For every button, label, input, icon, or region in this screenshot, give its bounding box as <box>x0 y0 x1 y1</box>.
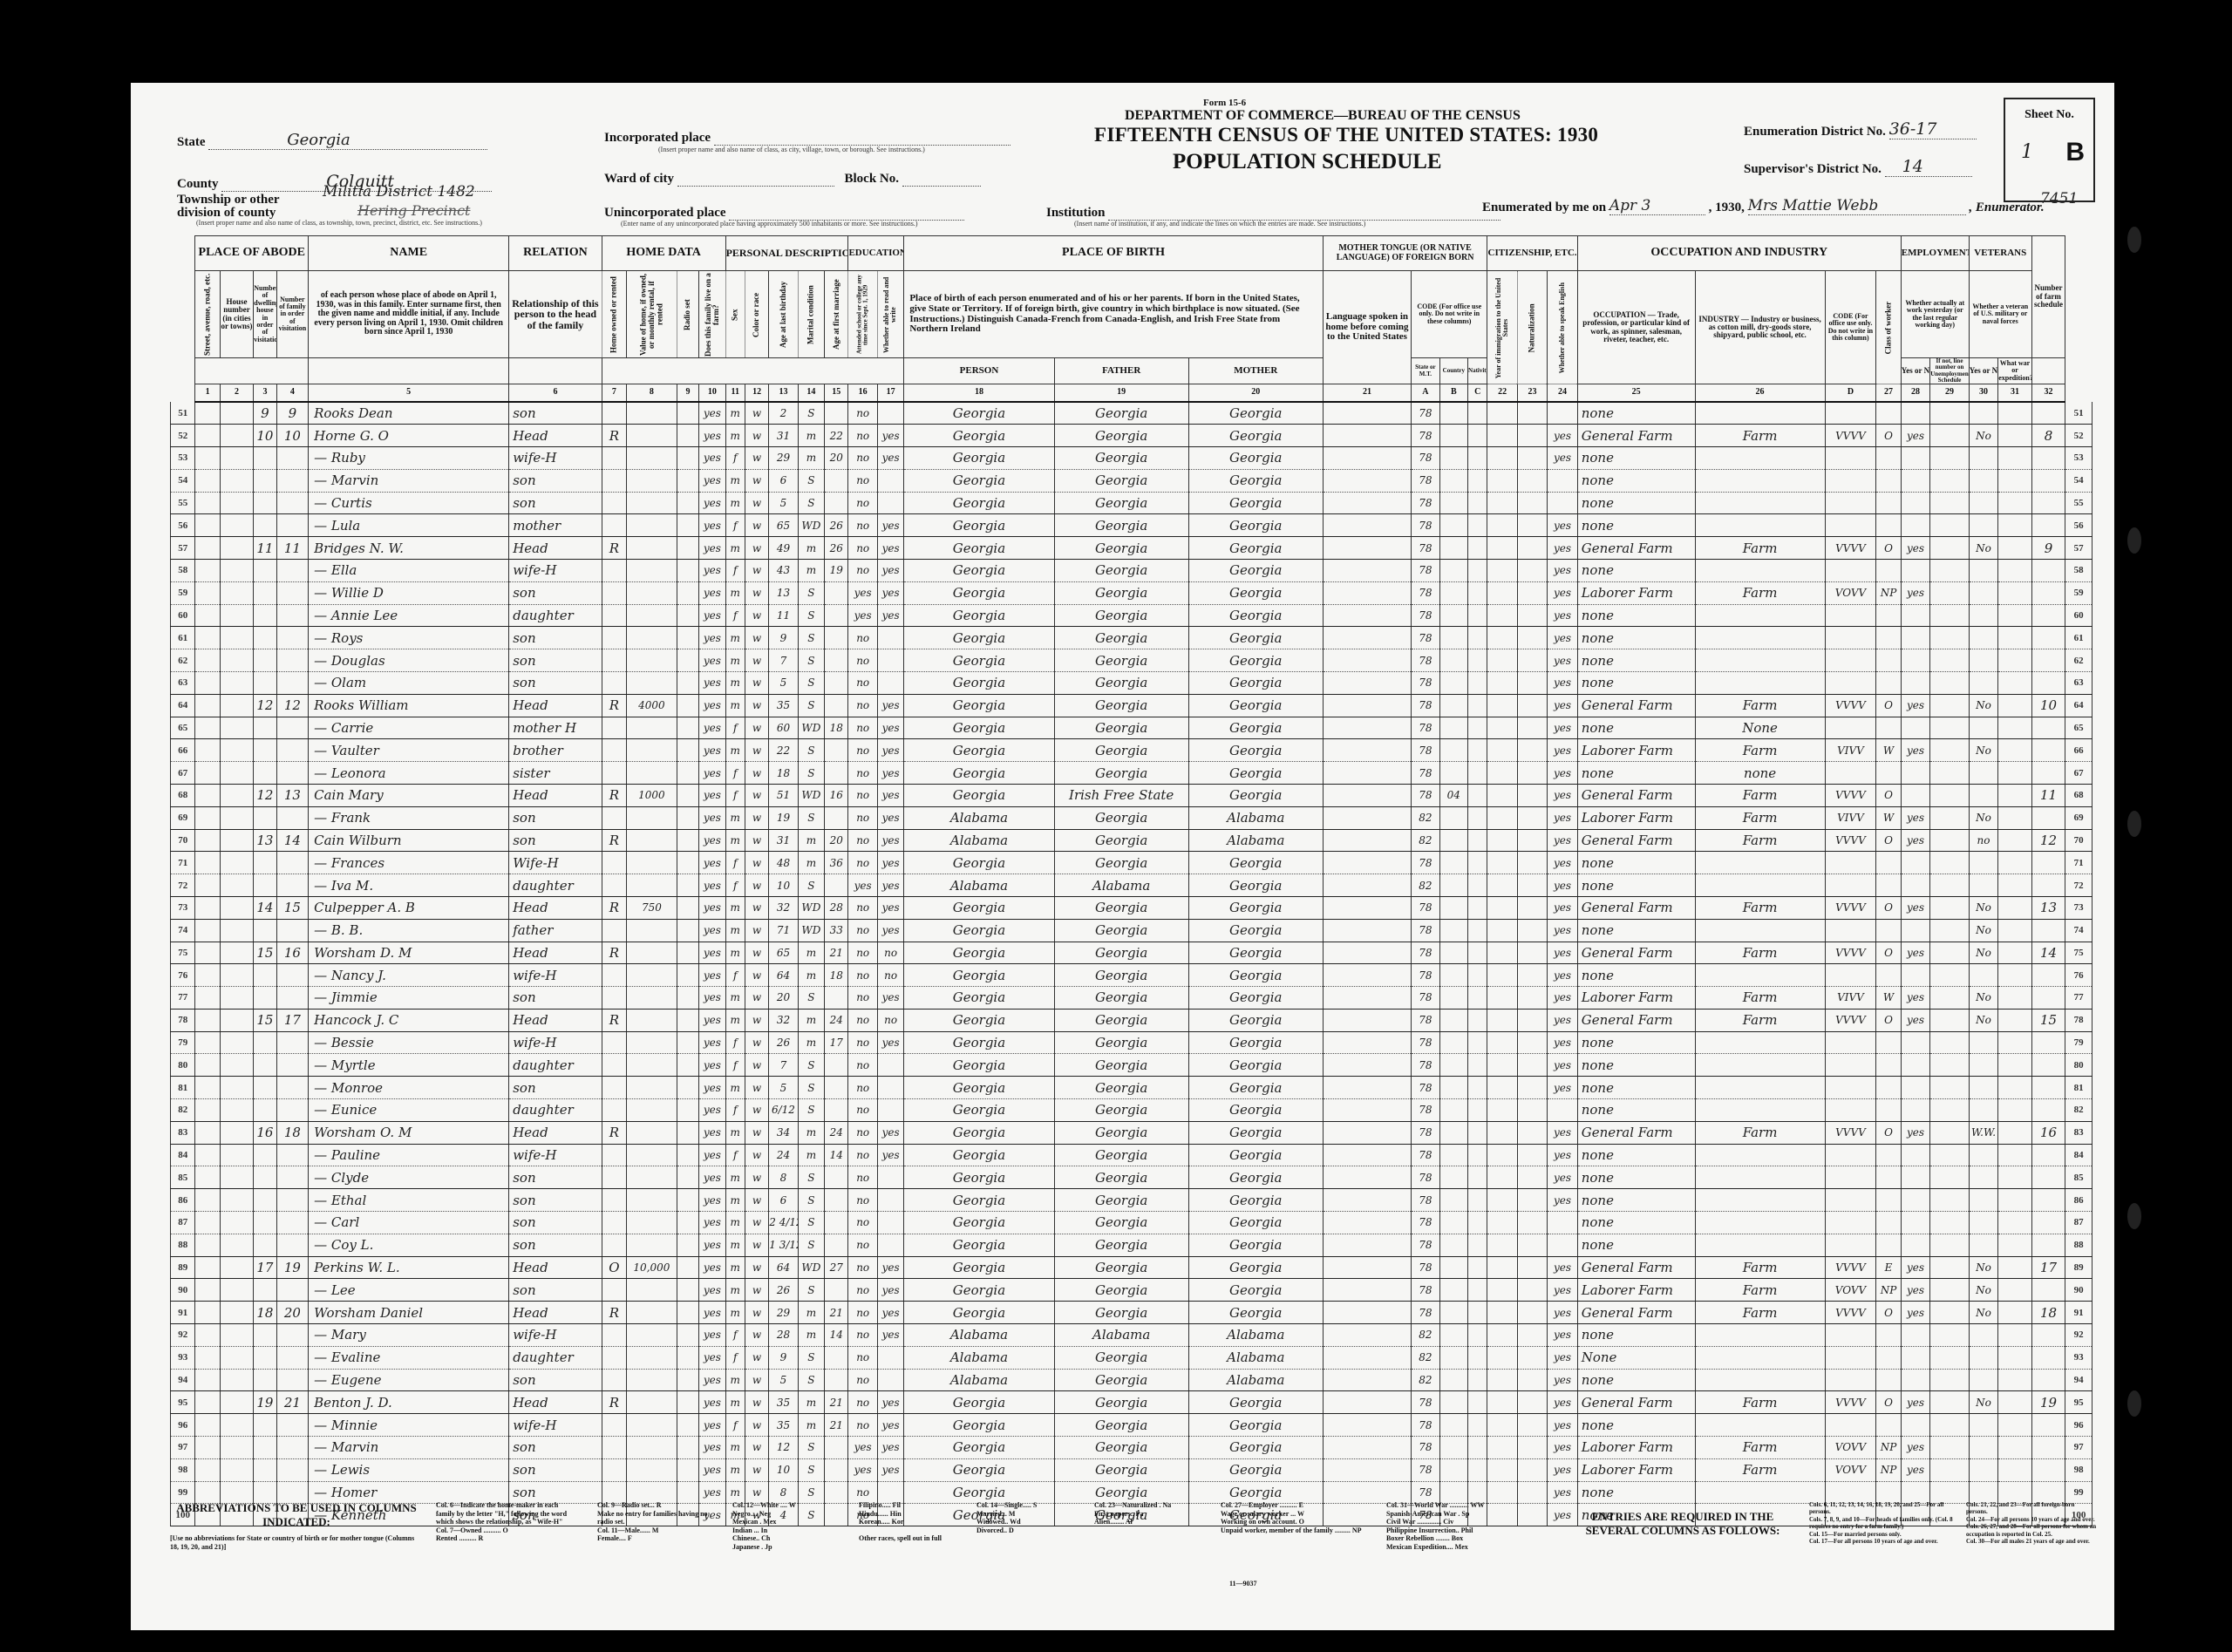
at-work[interactable] <box>1901 1031 1929 1054</box>
immigration-year[interactable] <box>1487 1144 1517 1166</box>
birthplace-mother[interactable]: Georgia <box>1188 1121 1323 1144</box>
dwelling-number[interactable] <box>254 1414 276 1437</box>
person-name[interactable]: Perkins W. L. <box>309 1256 509 1279</box>
home-value[interactable]: 750 <box>627 896 677 919</box>
at-work[interactable]: yes <box>1901 806 1929 829</box>
code-d[interactable] <box>1825 717 1876 739</box>
street-cell[interactable] <box>195 671 220 694</box>
naturalization[interactable] <box>1517 1189 1547 1212</box>
dwelling-number[interactable] <box>254 1437 276 1459</box>
dwelling-number[interactable] <box>254 469 276 492</box>
speak-english[interactable]: yes <box>1548 829 1577 852</box>
radio-set[interactable] <box>677 1009 698 1031</box>
family-number[interactable]: 18 <box>276 1121 309 1144</box>
read-write[interactable]: yes <box>877 784 903 806</box>
birthplace-person[interactable]: Alabama <box>904 1346 1054 1369</box>
sex[interactable]: m <box>725 1279 745 1302</box>
birthplace-person[interactable]: Georgia <box>904 942 1054 964</box>
class-of-worker[interactable] <box>1876 1212 1901 1234</box>
street-cell[interactable] <box>195 1144 220 1166</box>
unemployment-line[interactable] <box>1930 919 1970 942</box>
speak-english[interactable]: yes <box>1548 1189 1577 1212</box>
war[interactable] <box>1998 987 2032 1010</box>
read-write[interactable]: yes <box>877 919 903 942</box>
race[interactable]: w <box>745 469 768 492</box>
home-value[interactable] <box>627 671 677 694</box>
read-write[interactable] <box>877 492 903 514</box>
code-c[interactable] <box>1468 581 1487 604</box>
occupation[interactable]: General Farm <box>1577 1256 1695 1279</box>
farm[interactable]: yes <box>699 1166 725 1189</box>
owned-rented[interactable]: R <box>602 942 626 964</box>
farm-schedule-number[interactable] <box>2031 852 2065 874</box>
age-first-marriage[interactable]: 17 <box>825 1031 848 1054</box>
birthplace-father[interactable]: Georgia <box>1054 694 1188 717</box>
street-cell[interactable] <box>195 1414 220 1437</box>
code-a[interactable]: 78 <box>1412 784 1439 806</box>
speak-english[interactable]: yes <box>1548 1031 1577 1054</box>
birthplace-mother[interactable]: Georgia <box>1188 559 1323 581</box>
age[interactable]: 8 <box>769 1166 798 1189</box>
code-b[interactable] <box>1439 942 1467 964</box>
marital[interactable]: WD <box>798 1256 824 1279</box>
veteran[interactable] <box>1969 492 1997 514</box>
immigration-year[interactable] <box>1487 784 1517 806</box>
at-work[interactable] <box>1901 1077 1929 1099</box>
owned-rented[interactable]: R <box>602 896 626 919</box>
person-name[interactable]: Culpepper A. B <box>309 896 509 919</box>
unemployment-line[interactable] <box>1930 492 1970 514</box>
immigration-year[interactable] <box>1487 1054 1517 1077</box>
ward-value[interactable] <box>677 186 834 187</box>
naturalization[interactable] <box>1517 964 1547 987</box>
age[interactable]: 18 <box>769 762 798 785</box>
person-name[interactable]: — Pauline <box>309 1144 509 1166</box>
marital[interactable]: S <box>798 694 824 717</box>
sex[interactable]: m <box>725 896 745 919</box>
marital[interactable]: S <box>798 402 824 425</box>
industry[interactable]: Farm <box>1695 1009 1825 1031</box>
owned-rented[interactable] <box>602 739 626 762</box>
dwelling-number[interactable] <box>254 1189 276 1212</box>
school[interactable]: no <box>848 919 877 942</box>
radio-set[interactable] <box>677 717 698 739</box>
farm[interactable]: yes <box>699 1256 725 1279</box>
read-write[interactable]: yes <box>877 1144 903 1166</box>
marital[interactable]: m <box>798 829 824 852</box>
class-of-worker[interactable]: O <box>1876 425 1901 447</box>
naturalization[interactable] <box>1517 829 1547 852</box>
sex[interactable]: f <box>725 784 745 806</box>
house-number-cell[interactable] <box>220 942 254 964</box>
birthplace-mother[interactable]: Georgia <box>1188 987 1323 1010</box>
family-number[interactable] <box>276 492 309 514</box>
occupation[interactable]: none <box>1577 874 1695 897</box>
war[interactable] <box>1998 784 2032 806</box>
owned-rented[interactable] <box>602 671 626 694</box>
class-of-worker[interactable]: W <box>1876 806 1901 829</box>
birthplace-mother[interactable]: Georgia <box>1188 402 1323 425</box>
birthplace-father[interactable]: Georgia <box>1054 1346 1188 1369</box>
farm-schedule-number[interactable] <box>2031 1099 2065 1122</box>
code-b[interactable] <box>1439 1099 1467 1122</box>
class-of-worker[interactable]: NP <box>1876 1279 1901 1302</box>
read-write[interactable]: yes <box>877 1414 903 1437</box>
class-of-worker[interactable]: W <box>1876 987 1901 1010</box>
code-a[interactable]: 78 <box>1412 1458 1439 1481</box>
sex[interactable]: f <box>725 446 745 469</box>
school[interactable]: no <box>848 717 877 739</box>
age[interactable]: 5 <box>769 1369 798 1391</box>
family-number[interactable] <box>276 739 309 762</box>
family-number[interactable] <box>276 446 309 469</box>
code-a[interactable]: 78 <box>1412 671 1439 694</box>
family-number[interactable]: 16 <box>276 942 309 964</box>
code-b[interactable] <box>1439 852 1467 874</box>
occupation[interactable]: Laborer Farm <box>1577 1279 1695 1302</box>
birthplace-father[interactable]: Georgia <box>1054 1077 1188 1099</box>
veteran[interactable]: No <box>1969 537 1997 560</box>
code-c[interactable] <box>1468 604 1487 627</box>
dwelling-number[interactable]: 17 <box>254 1256 276 1279</box>
school[interactable]: no <box>848 1212 877 1234</box>
radio-set[interactable] <box>677 1414 698 1437</box>
war[interactable] <box>1998 671 2032 694</box>
house-number-cell[interactable] <box>220 987 254 1010</box>
family-number[interactable] <box>276 717 309 739</box>
code-d[interactable] <box>1825 469 1876 492</box>
dwelling-number[interactable] <box>254 559 276 581</box>
farm-schedule-number[interactable] <box>2031 964 2065 987</box>
birthplace-father[interactable]: Georgia <box>1054 1256 1188 1279</box>
industry[interactable] <box>1695 964 1825 987</box>
code-a[interactable]: 78 <box>1412 425 1439 447</box>
occupation[interactable]: none <box>1577 1189 1695 1212</box>
street-cell[interactable] <box>195 762 220 785</box>
immigration-year[interactable] <box>1487 694 1517 717</box>
industry[interactable] <box>1695 514 1825 537</box>
age-first-marriage[interactable]: 26 <box>825 514 848 537</box>
code-a[interactable]: 78 <box>1412 964 1439 987</box>
birthplace-mother[interactable]: Georgia <box>1188 537 1323 560</box>
class-of-worker[interactable]: O <box>1876 537 1901 560</box>
industry[interactable]: Farm <box>1695 1256 1825 1279</box>
birthplace-father[interactable]: Georgia <box>1054 627 1188 649</box>
race[interactable]: w <box>745 1077 768 1099</box>
industry[interactable] <box>1695 1166 1825 1189</box>
radio-set[interactable] <box>677 514 698 537</box>
read-write[interactable]: yes <box>877 896 903 919</box>
veteran[interactable] <box>1969 469 1997 492</box>
birthplace-person[interactable]: Georgia <box>904 402 1054 425</box>
radio-set[interactable] <box>677 649 698 672</box>
age[interactable]: 35 <box>769 694 798 717</box>
class-of-worker[interactable]: O <box>1876 1302 1901 1324</box>
dwelling-number[interactable]: 13 <box>254 829 276 852</box>
street-cell[interactable] <box>195 649 220 672</box>
house-number-cell[interactable] <box>220 1212 254 1234</box>
dwelling-number[interactable]: 9 <box>254 402 276 425</box>
code-b[interactable] <box>1439 1346 1467 1369</box>
speak-english[interactable] <box>1548 1234 1577 1256</box>
family-number[interactable] <box>276 1414 309 1437</box>
marital[interactable]: m <box>798 964 824 987</box>
street-cell[interactable] <box>195 1099 220 1122</box>
industry[interactable]: Farm <box>1695 581 1825 604</box>
race[interactable]: w <box>745 402 768 425</box>
age[interactable]: 11 <box>769 604 798 627</box>
house-number-cell[interactable] <box>220 537 254 560</box>
at-work[interactable] <box>1901 402 1929 425</box>
home-value[interactable] <box>627 514 677 537</box>
occupation[interactable]: none <box>1577 964 1695 987</box>
code-a[interactable]: 78 <box>1412 1077 1439 1099</box>
relation[interactable]: son <box>509 649 602 672</box>
birthplace-mother[interactable]: Alabama <box>1188 806 1323 829</box>
owned-rented[interactable] <box>602 1324 626 1347</box>
home-value[interactable] <box>627 627 677 649</box>
person-name[interactable]: — Ruby <box>309 446 509 469</box>
industry[interactable] <box>1695 604 1825 627</box>
person-name[interactable]: — Nancy J. <box>309 964 509 987</box>
birthplace-mother[interactable]: Georgia <box>1188 1077 1323 1099</box>
language[interactable] <box>1323 514 1411 537</box>
code-b[interactable] <box>1439 1302 1467 1324</box>
unemployment-line[interactable] <box>1930 852 1970 874</box>
read-write[interactable]: yes <box>877 874 903 897</box>
birthplace-person[interactable]: Georgia <box>904 1009 1054 1031</box>
speak-english[interactable]: yes <box>1548 987 1577 1010</box>
person-name[interactable]: — Carl <box>309 1212 509 1234</box>
farm-schedule-number[interactable] <box>2031 1166 2065 1189</box>
code-c[interactable] <box>1468 514 1487 537</box>
read-write[interactable]: yes <box>877 559 903 581</box>
code-c[interactable] <box>1468 1391 1487 1414</box>
naturalization[interactable] <box>1517 671 1547 694</box>
code-d[interactable] <box>1825 514 1876 537</box>
at-work[interactable]: yes <box>1901 896 1929 919</box>
naturalization[interactable] <box>1517 1054 1547 1077</box>
at-work[interactable] <box>1901 1144 1929 1166</box>
sex[interactable]: f <box>725 852 745 874</box>
school[interactable]: no <box>848 1256 877 1279</box>
home-value[interactable] <box>627 1031 677 1054</box>
dwelling-number[interactable] <box>254 806 276 829</box>
code-a[interactable]: 78 <box>1412 446 1439 469</box>
age-first-marriage[interactable] <box>825 762 848 785</box>
immigration-year[interactable] <box>1487 1099 1517 1122</box>
speak-english[interactable]: yes <box>1548 806 1577 829</box>
race[interactable]: w <box>745 874 768 897</box>
language[interactable] <box>1323 1189 1411 1212</box>
birthplace-person[interactable]: Alabama <box>904 874 1054 897</box>
relation[interactable]: son <box>509 469 602 492</box>
race[interactable]: w <box>745 1256 768 1279</box>
war[interactable] <box>1998 1391 2032 1414</box>
war[interactable] <box>1998 1189 2032 1212</box>
age-first-marriage[interactable] <box>825 1234 848 1256</box>
owned-rented[interactable] <box>602 492 626 514</box>
radio-set[interactable] <box>677 762 698 785</box>
school[interactable]: no <box>848 402 877 425</box>
code-b[interactable] <box>1439 446 1467 469</box>
code-a[interactable]: 78 <box>1412 1212 1439 1234</box>
farm-schedule-number[interactable]: 8 <box>2031 425 2065 447</box>
immigration-year[interactable] <box>1487 1302 1517 1324</box>
family-number[interactable]: 17 <box>276 1009 309 1031</box>
street-cell[interactable] <box>195 1121 220 1144</box>
veteran[interactable] <box>1969 874 1997 897</box>
class-of-worker[interactable] <box>1876 649 1901 672</box>
state-value[interactable]: Georgia <box>208 131 487 150</box>
race[interactable]: w <box>745 1121 768 1144</box>
family-number[interactable]: 11 <box>276 537 309 560</box>
immigration-year[interactable] <box>1487 1009 1517 1031</box>
birthplace-father[interactable]: Georgia <box>1054 649 1188 672</box>
birthplace-father[interactable]: Georgia <box>1054 402 1188 425</box>
war[interactable] <box>1998 1099 2032 1122</box>
occupation[interactable]: none <box>1577 1054 1695 1077</box>
speak-english[interactable]: yes <box>1548 1077 1577 1099</box>
code-c[interactable] <box>1468 739 1487 762</box>
war[interactable] <box>1998 1324 2032 1347</box>
relation[interactable]: son <box>509 402 602 425</box>
naturalization[interactable] <box>1517 852 1547 874</box>
war[interactable] <box>1998 1279 2032 1302</box>
unemployment-line[interactable] <box>1930 649 1970 672</box>
birthplace-father[interactable]: Irish Free State <box>1054 784 1188 806</box>
sex[interactable]: f <box>725 1054 745 1077</box>
birthplace-person[interactable]: Georgia <box>904 1144 1054 1166</box>
war[interactable] <box>1998 492 2032 514</box>
immigration-year[interactable] <box>1487 1166 1517 1189</box>
dwelling-number[interactable] <box>254 649 276 672</box>
code-b[interactable] <box>1439 604 1467 627</box>
school[interactable]: no <box>848 446 877 469</box>
age-first-marriage[interactable]: 33 <box>825 919 848 942</box>
industry[interactable]: Farm <box>1695 896 1825 919</box>
veteran[interactable]: No <box>1969 987 1997 1010</box>
birthplace-father[interactable]: Georgia <box>1054 492 1188 514</box>
immigration-year[interactable] <box>1487 469 1517 492</box>
home-value[interactable] <box>627 1099 677 1122</box>
birthplace-mother[interactable]: Georgia <box>1188 1279 1323 1302</box>
language[interactable] <box>1323 896 1411 919</box>
code-d[interactable] <box>1825 919 1876 942</box>
veteran[interactable] <box>1969 1031 1997 1054</box>
age-first-marriage[interactable] <box>825 492 848 514</box>
race[interactable]: w <box>745 1234 768 1256</box>
radio-set[interactable] <box>677 829 698 852</box>
farm[interactable]: yes <box>699 829 725 852</box>
birthplace-person[interactable]: Georgia <box>904 784 1054 806</box>
age[interactable]: 65 <box>769 514 798 537</box>
code-b[interactable] <box>1439 919 1467 942</box>
house-number-cell[interactable] <box>220 1369 254 1391</box>
marital[interactable]: WD <box>798 514 824 537</box>
at-work[interactable]: yes <box>1901 987 1929 1010</box>
age[interactable]: 65 <box>769 942 798 964</box>
marital[interactable]: m <box>798 1031 824 1054</box>
age-first-marriage[interactable]: 28 <box>825 896 848 919</box>
naturalization[interactable] <box>1517 1099 1547 1122</box>
birthplace-father[interactable]: Georgia <box>1054 1121 1188 1144</box>
class-of-worker[interactable]: NP <box>1876 1458 1901 1481</box>
owned-rented[interactable] <box>602 402 626 425</box>
war[interactable] <box>1998 1234 2032 1256</box>
race[interactable]: w <box>745 717 768 739</box>
home-value[interactable] <box>627 942 677 964</box>
code-b[interactable] <box>1439 1414 1467 1437</box>
war[interactable] <box>1998 425 2032 447</box>
relation[interactable]: son <box>509 987 602 1010</box>
street-cell[interactable] <box>195 627 220 649</box>
age-first-marriage[interactable] <box>825 649 848 672</box>
class-of-worker[interactable]: O <box>1876 896 1901 919</box>
age-first-marriage[interactable] <box>825 469 848 492</box>
person-name[interactable]: — Minnie <box>309 1414 509 1437</box>
immigration-year[interactable] <box>1487 964 1517 987</box>
farm-schedule-number[interactable] <box>2031 762 2065 785</box>
dwelling-number[interactable] <box>254 874 276 897</box>
birthplace-mother[interactable]: Georgia <box>1188 1458 1323 1481</box>
house-number-cell[interactable] <box>220 896 254 919</box>
family-number[interactable] <box>276 1144 309 1166</box>
family-number[interactable] <box>276 1212 309 1234</box>
industry[interactable]: none <box>1695 762 1825 785</box>
code-c[interactable] <box>1468 671 1487 694</box>
relation[interactable]: son <box>509 627 602 649</box>
school[interactable]: no <box>848 829 877 852</box>
naturalization[interactable] <box>1517 1234 1547 1256</box>
naturalization[interactable] <box>1517 919 1547 942</box>
age[interactable]: 13 <box>769 581 798 604</box>
age[interactable]: 7 <box>769 649 798 672</box>
code-a[interactable]: 82 <box>1412 806 1439 829</box>
race[interactable]: w <box>745 1144 768 1166</box>
street-cell[interactable] <box>195 1458 220 1481</box>
unemployment-line[interactable] <box>1930 784 1970 806</box>
radio-set[interactable] <box>677 919 698 942</box>
person-name[interactable]: — Monroe <box>309 1077 509 1099</box>
owned-rented[interactable] <box>602 581 626 604</box>
at-work[interactable] <box>1901 446 1929 469</box>
home-value[interactable] <box>627 537 677 560</box>
speak-english[interactable] <box>1548 492 1577 514</box>
farm-schedule-number[interactable] <box>2031 492 2065 514</box>
farm[interactable]: yes <box>699 806 725 829</box>
code-c[interactable] <box>1468 559 1487 581</box>
home-value[interactable] <box>627 492 677 514</box>
at-work[interactable]: yes <box>1901 1302 1929 1324</box>
family-number[interactable] <box>276 852 309 874</box>
street-cell[interactable] <box>195 425 220 447</box>
age[interactable]: 2 4/12 <box>769 1212 798 1234</box>
code-d[interactable] <box>1825 627 1876 649</box>
class-of-worker[interactable] <box>1876 852 1901 874</box>
war[interactable] <box>1998 581 2032 604</box>
language[interactable] <box>1323 784 1411 806</box>
relation[interactable]: Head <box>509 1256 602 1279</box>
speak-english[interactable]: yes <box>1548 1121 1577 1144</box>
birthplace-mother[interactable]: Georgia <box>1188 1414 1323 1437</box>
naturalization[interactable] <box>1517 739 1547 762</box>
sex[interactable]: m <box>725 829 745 852</box>
war[interactable] <box>1998 1009 2032 1031</box>
dwelling-number[interactable] <box>254 627 276 649</box>
sex[interactable]: f <box>725 1144 745 1166</box>
birthplace-mother[interactable]: Georgia <box>1188 492 1323 514</box>
